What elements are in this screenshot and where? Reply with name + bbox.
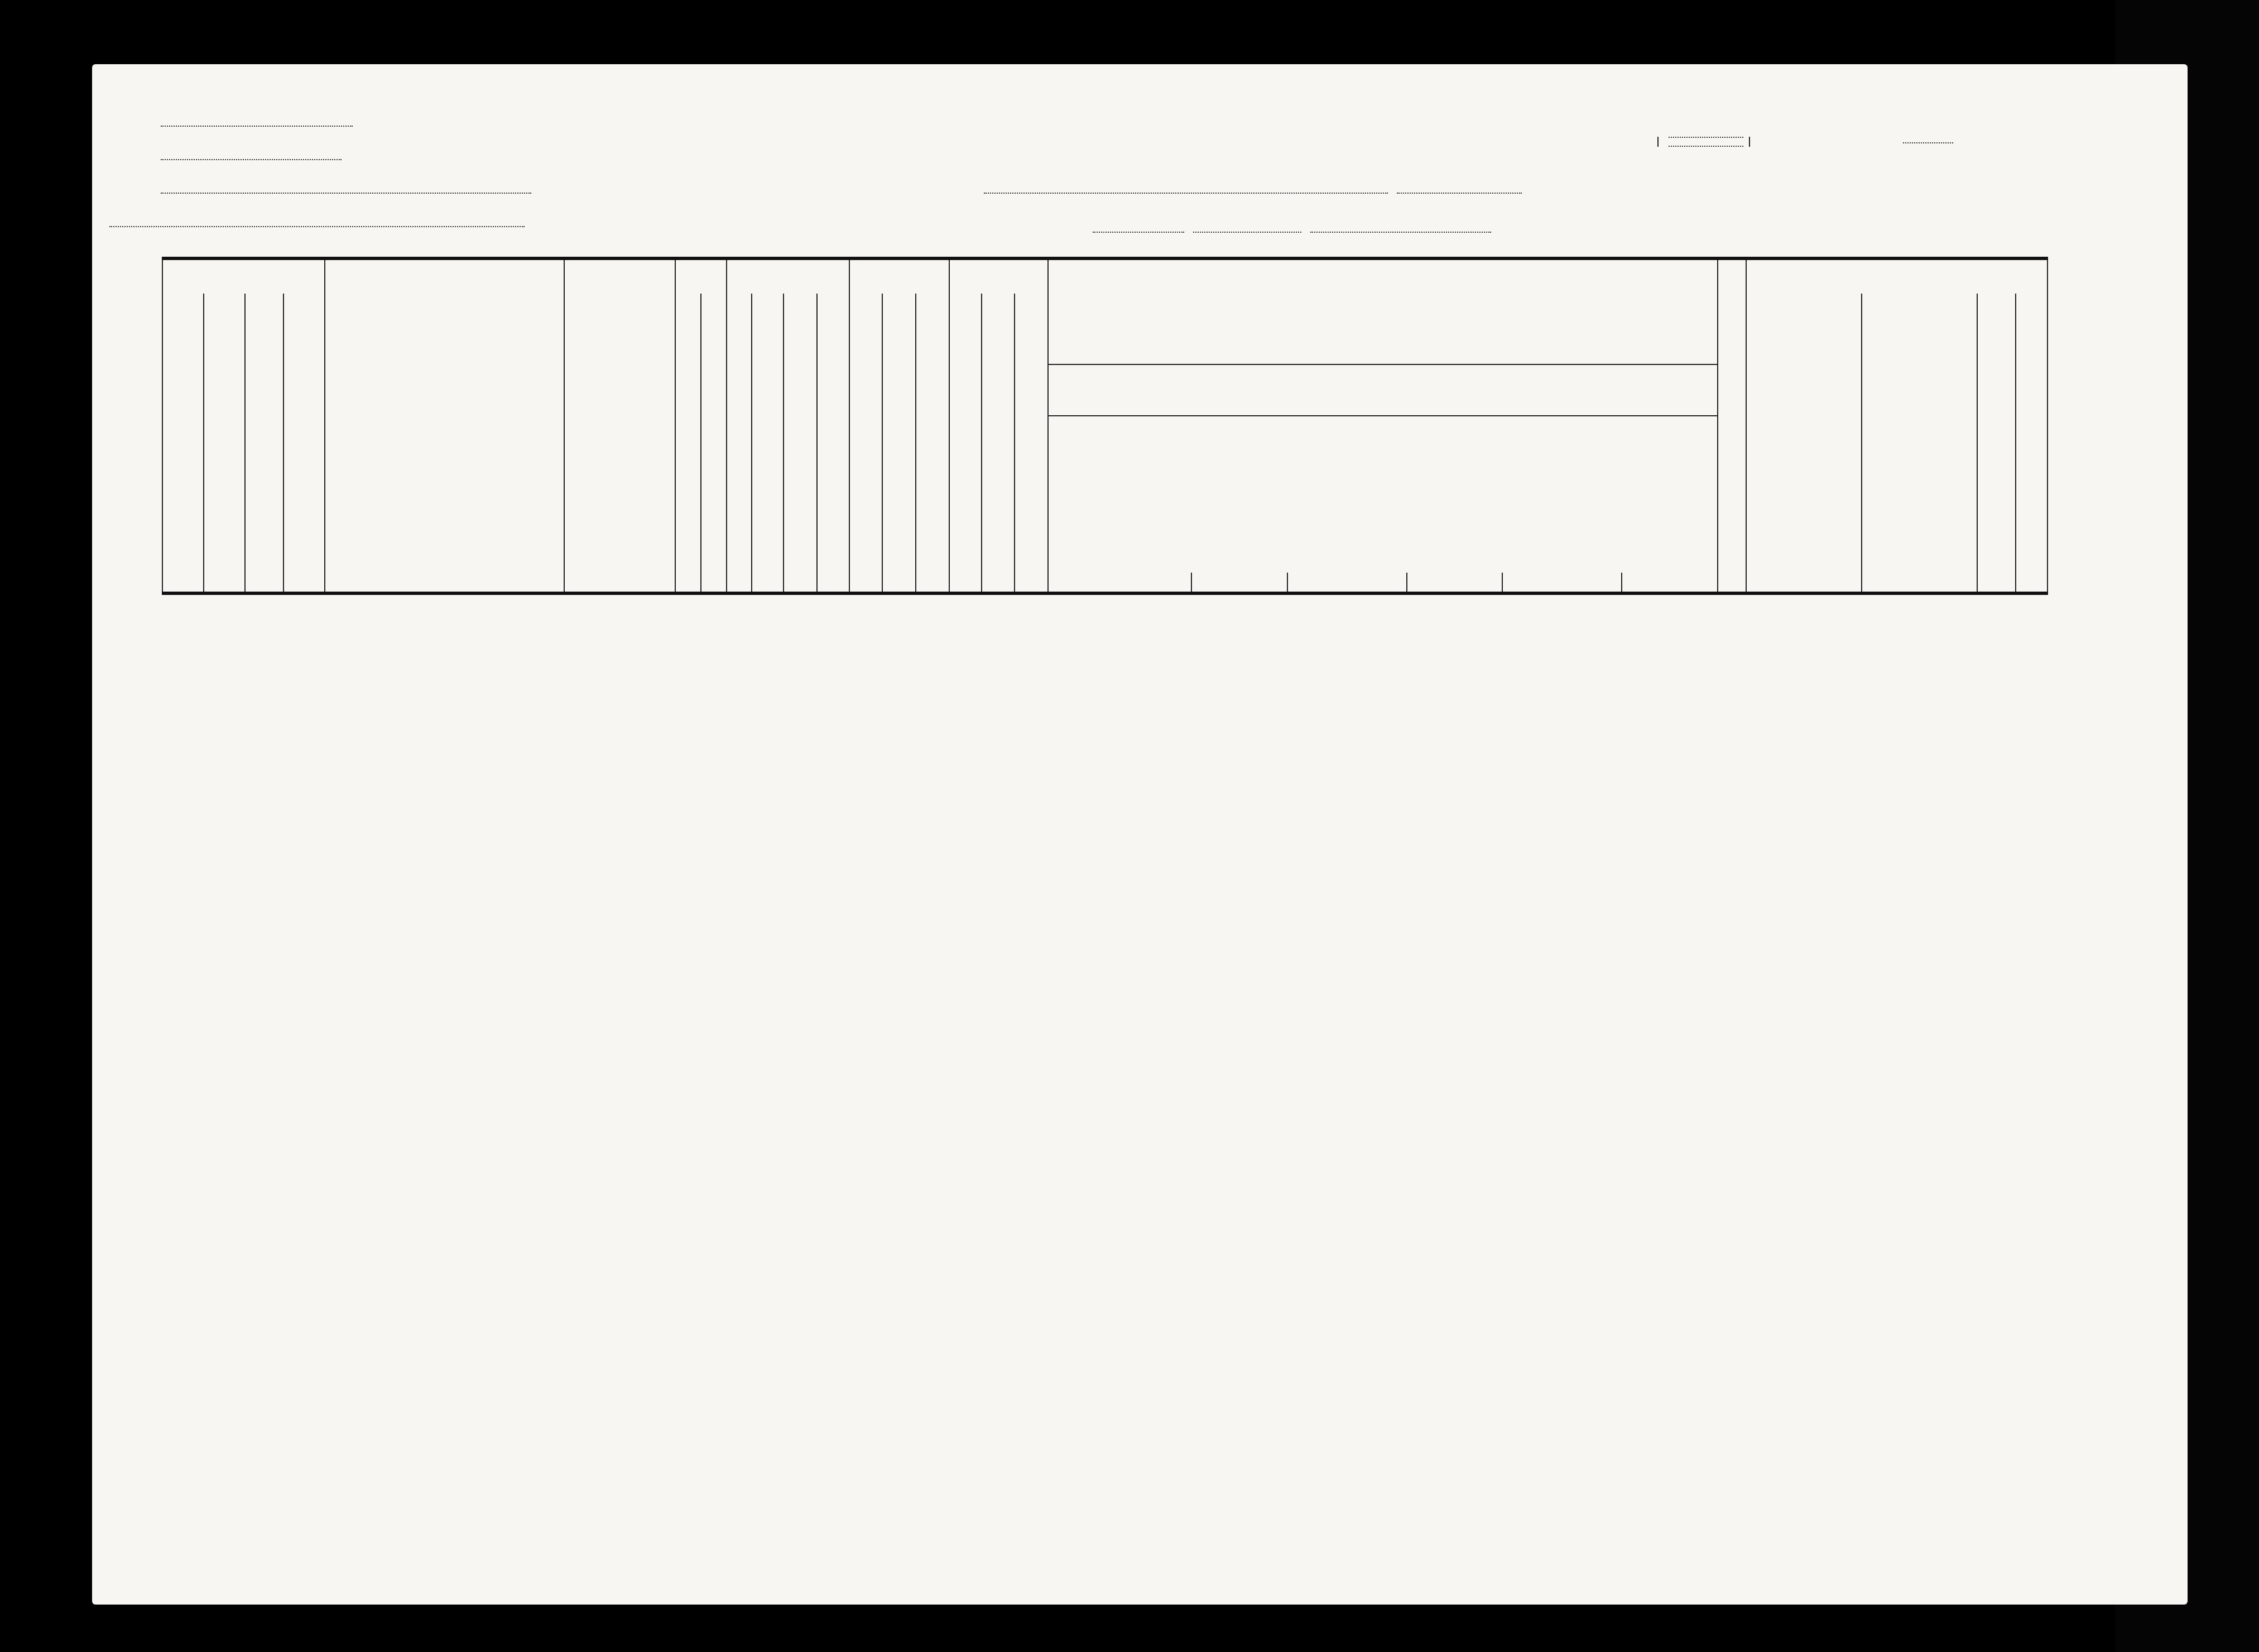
col-6-label <box>564 294 676 573</box>
col-13-label <box>849 294 883 573</box>
col-num <box>1287 573 1407 593</box>
col-num <box>1502 573 1622 593</box>
group-citizenship <box>849 258 950 294</box>
col-12-label <box>817 294 849 573</box>
county-value <box>161 159 342 160</box>
col-num <box>701 573 727 593</box>
incorporated-place-field <box>979 193 1522 194</box>
nativity-subgroups <box>1049 364 1717 415</box>
col-num <box>162 573 204 593</box>
township-value <box>161 193 531 194</box>
col-2-label <box>204 294 245 573</box>
group-relation <box>564 258 676 294</box>
col-num <box>982 573 1015 593</box>
col-10-label <box>752 294 784 573</box>
institution-field <box>100 226 525 227</box>
institution-value <box>109 226 525 227</box>
col-num <box>1862 573 1977 593</box>
col-num <box>1015 573 1048 593</box>
col-26-label <box>1746 294 1862 573</box>
enumerated-day <box>1093 232 1184 233</box>
group-name <box>325 258 564 294</box>
col-num <box>882 573 916 593</box>
census-table <box>162 257 2048 595</box>
supervisor-district-field <box>1664 137 1743 138</box>
col-num <box>283 573 325 593</box>
group-place-of-abode <box>162 258 325 294</box>
col-num <box>817 573 849 593</box>
col-25-label <box>1718 294 1746 573</box>
col-27-label <box>1862 294 1977 573</box>
column-label-row <box>162 294 2047 573</box>
township-field <box>156 193 531 194</box>
col-num <box>1718 573 1746 593</box>
col-num <box>1407 573 1502 593</box>
enumerated-month <box>1193 232 1301 233</box>
col-num <box>949 573 981 593</box>
enumeration-date-field <box>1088 232 1496 233</box>
district-box <box>1657 137 1750 147</box>
col-5-label <box>325 294 564 573</box>
col-7-label <box>675 294 701 573</box>
ward-value <box>1397 193 1522 194</box>
col-17-label <box>982 294 1015 573</box>
enumerator-name <box>1310 232 1491 233</box>
group-education <box>949 258 1048 294</box>
col-8-label <box>701 294 727 573</box>
supervisor-district-value <box>1669 137 1743 138</box>
col-4-label <box>283 294 325 573</box>
enumeration-district-field <box>1664 146 1743 147</box>
nativity-note <box>1049 294 1717 364</box>
col-num <box>2016 573 2047 593</box>
state-field <box>156 126 353 127</box>
col-num <box>916 573 949 593</box>
col-num <box>752 573 784 593</box>
col-num <box>204 573 245 593</box>
col-num <box>1746 573 1862 593</box>
enumeration-district-value <box>1669 146 1743 147</box>
col-num <box>564 573 676 593</box>
col-num <box>245 573 283 593</box>
col-num <box>1977 573 2016 593</box>
nativity-columns <box>1049 415 1717 511</box>
col-29-label <box>2016 294 2047 573</box>
col-num <box>1622 573 1717 593</box>
col-18-label <box>1015 294 1048 573</box>
incorporated-place-value <box>984 193 1388 194</box>
sheet-number <box>1903 142 1953 143</box>
col-num <box>784 573 817 593</box>
col-1-label <box>162 294 204 573</box>
group-tenure <box>675 258 726 294</box>
column-group-row <box>162 258 2047 294</box>
col-15-label <box>916 294 949 573</box>
sheet-box <box>1903 137 1970 143</box>
col-16-label <box>949 294 981 573</box>
col-num <box>675 573 701 593</box>
col-num <box>1048 573 1191 593</box>
nativity-subheader <box>1048 294 1717 573</box>
group-nativity <box>1048 258 1717 294</box>
col-28-label <box>1977 294 2016 573</box>
county-field <box>156 159 342 160</box>
col-9-label <box>727 294 752 573</box>
group-english <box>1718 258 1746 294</box>
col-3-label <box>245 294 283 573</box>
col-num <box>325 573 564 593</box>
group-personal-description <box>727 258 849 294</box>
col-11-label <box>784 294 817 573</box>
state-value <box>161 126 353 127</box>
group-occupation <box>1746 258 2047 294</box>
col-num <box>727 573 752 593</box>
col-num <box>1191 573 1287 593</box>
col-num <box>849 573 883 593</box>
col-14-label <box>882 294 916 573</box>
column-number-row <box>162 573 2047 593</box>
